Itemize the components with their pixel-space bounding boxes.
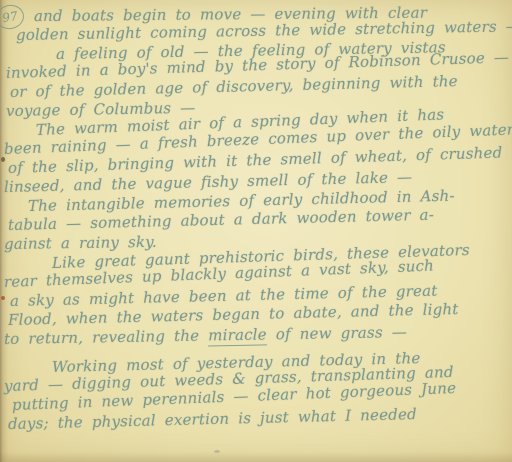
line-post-text: of new grass —: [267, 323, 407, 343]
paper-speck: [214, 450, 220, 453]
line-pre-text: to return, revealing the: [4, 326, 209, 348]
handwritten-text-block: and boats begin to move — evening with c…: [0, 7, 512, 434]
underlined-word: miracle: [208, 325, 267, 346]
paper-speck: [1, 157, 5, 162]
paper-speck: [1, 296, 5, 300]
journal-page: 97 and boats begin to move — evening wit…: [0, 0, 512, 462]
